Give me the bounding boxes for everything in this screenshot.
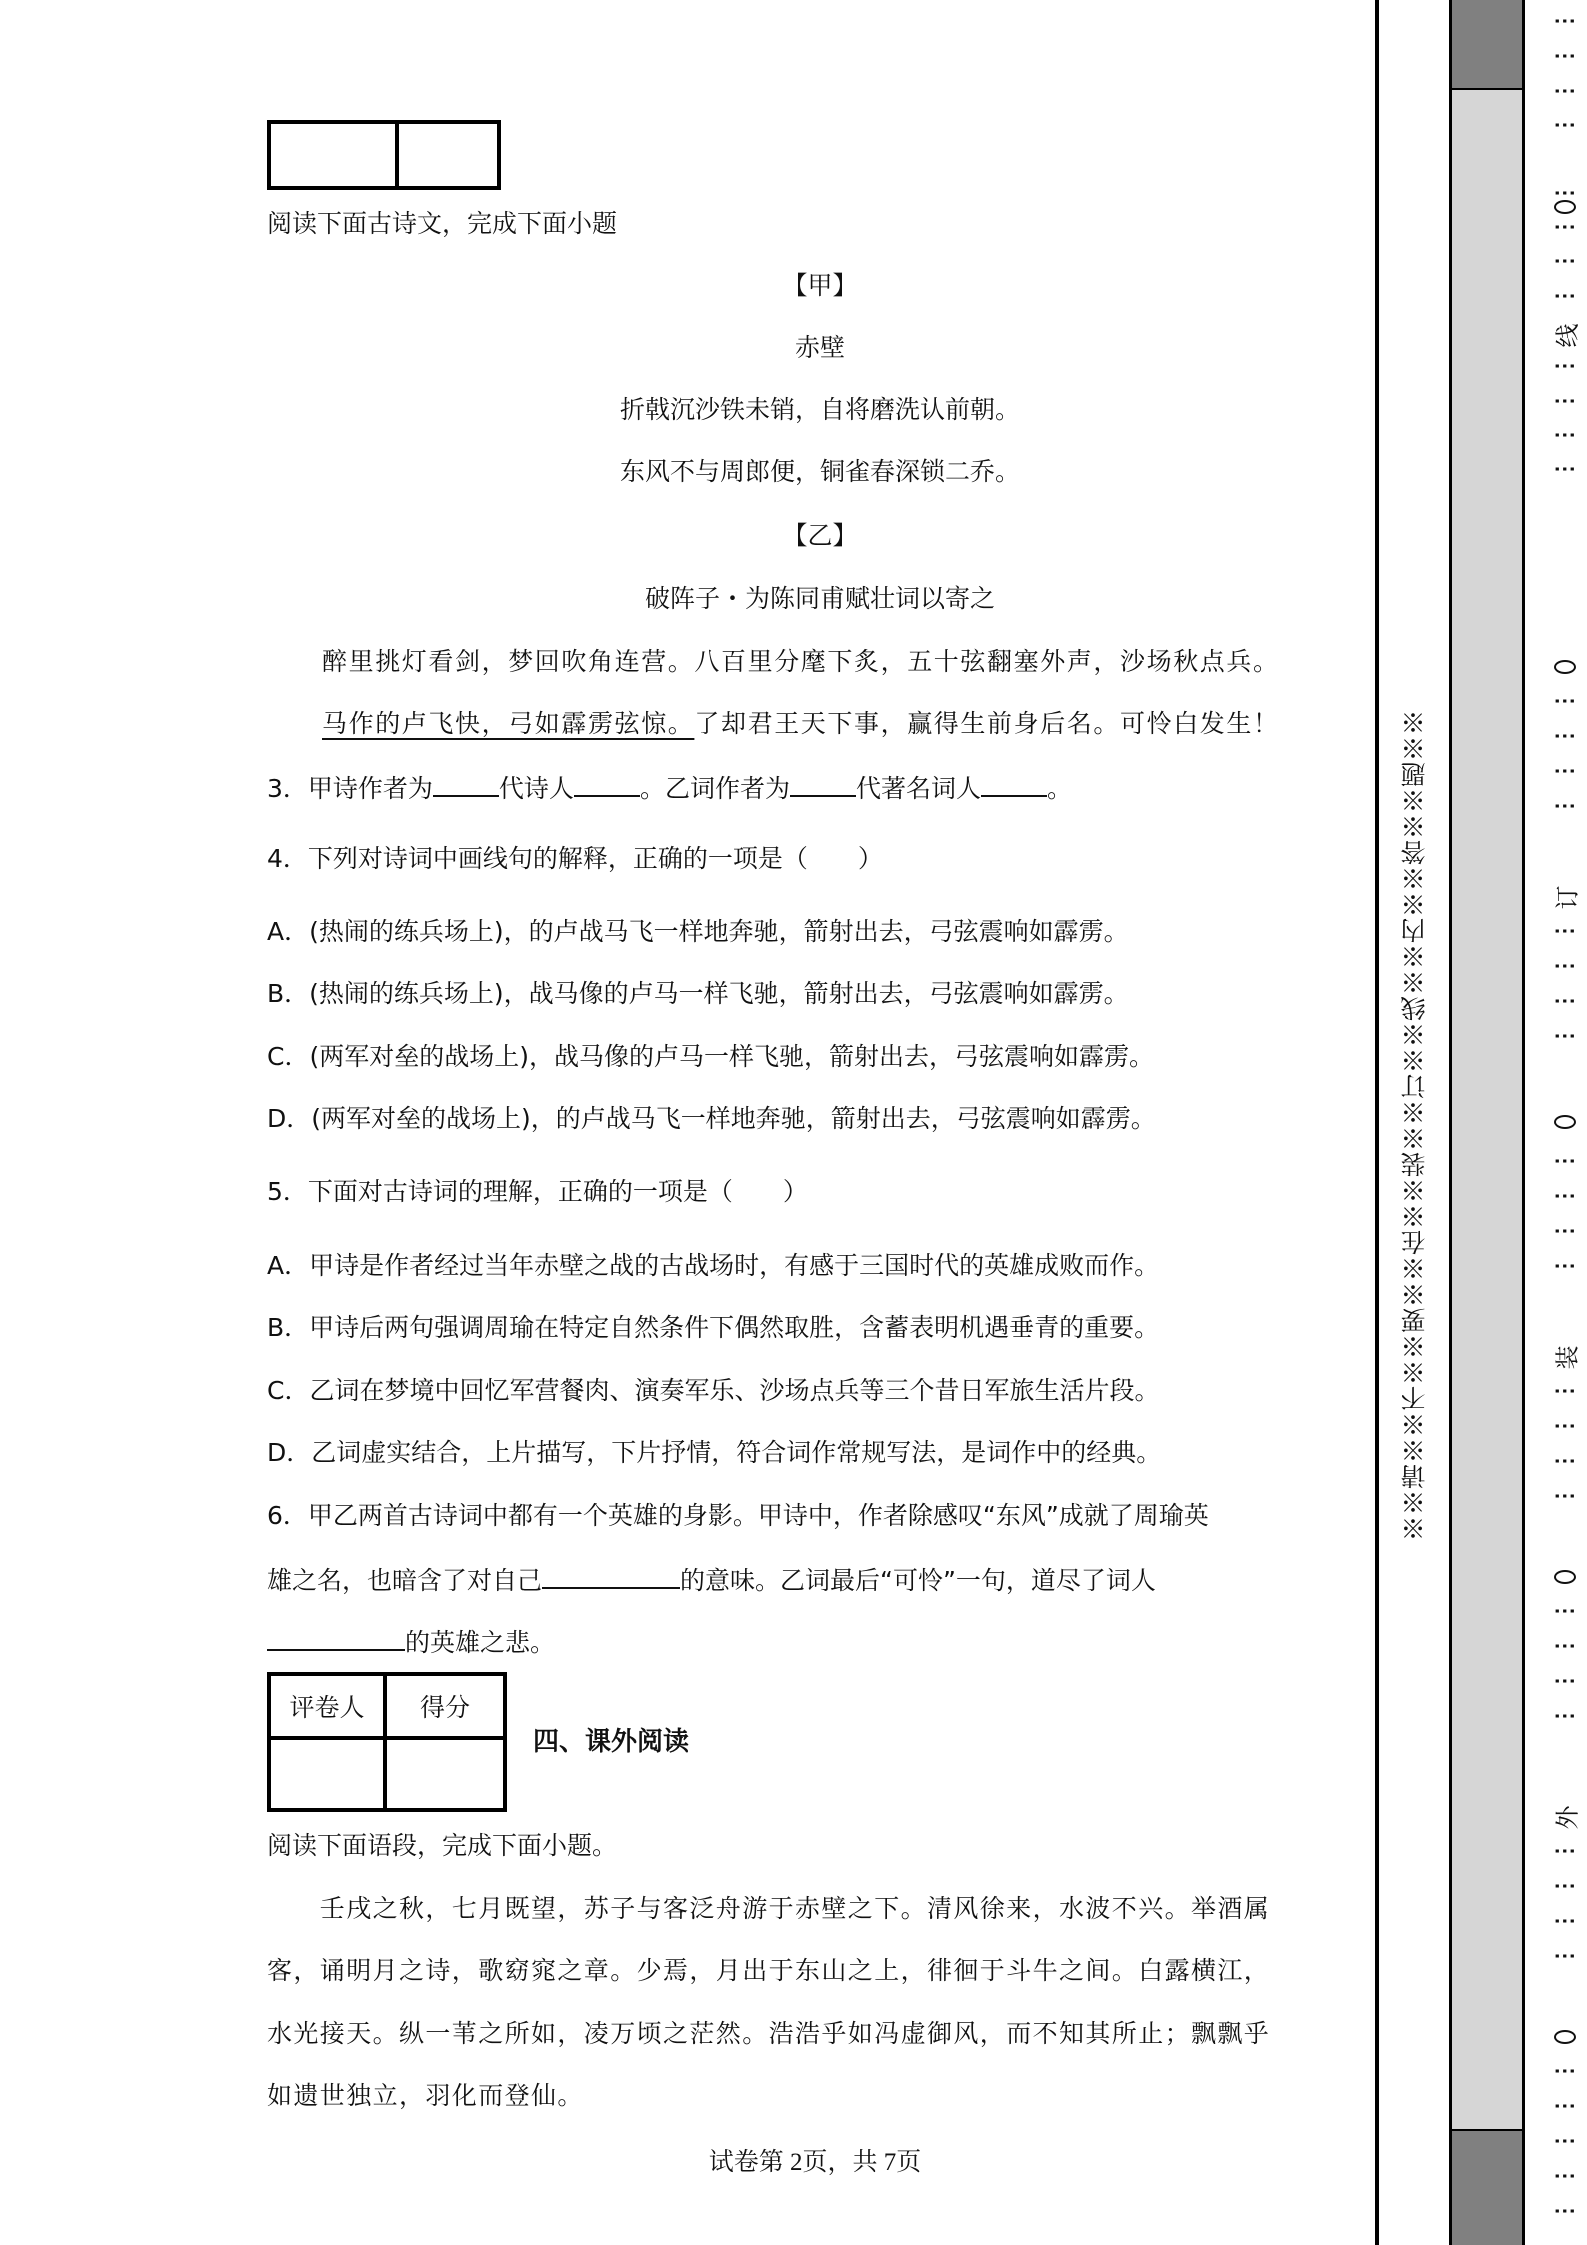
question-5-option-d[interactable]: D．乙词虚实结合，上片描写，下片抒情，符合词作常规写法，是词作中的经典。 (267, 1437, 1161, 1469)
poem-jia-tag-text: 【甲】 (782, 270, 857, 302)
underlined-sentence: 马作的卢飞快，弓如霹雳弦惊。 (322, 709, 694, 738)
grader-label: 评卷人 (271, 1676, 387, 1740)
binding-line: ⋮ ⋮ ⋮ ⋮ ⋮ ⋮ ⋮ ⋮ 线 ⋮ ⋮ ⋮ ⋮ ⋮ ⋮ ⋮ ⋮ 订 ⋮ ⋮ … (1550, 0, 1587, 2245)
ring-icon (1554, 1570, 1576, 1584)
passage-line: 如遗世独立，羽化而登仙。 (267, 2080, 584, 2112)
margin-border-line (1375, 0, 1379, 2245)
poem-jia-tag: 【甲】 (0, 270, 1370, 302)
ring-icon (1554, 1115, 1576, 1129)
score-cell[interactable] (387, 1740, 503, 1808)
dots: ⋮ (1550, 10, 1580, 35)
poem-jia-line: 折戟沉沙铁未销，自将磨洗认前朝。 (0, 394, 1370, 426)
mark-wai: 外 (1548, 1803, 1583, 1833)
score-box (267, 120, 501, 190)
score-table: 评卷人 得分 (267, 1672, 507, 1812)
q3-blank-2[interactable] (574, 771, 640, 797)
dots: ⋮ (1550, 216, 1580, 241)
seal-strip (1449, 0, 1525, 2245)
dots: ⋮ (1550, 1185, 1580, 1210)
mark-xian: 线 (1548, 321, 1583, 351)
dots: ⋮ (1550, 80, 1580, 105)
dots: ⋮ (1550, 2165, 1580, 2190)
question-4-option-a[interactable]: A．(热闹的练兵场上)，的卢战马飞一样地奔驰，箭射出去，弓弦震响如霹雳。 (267, 916, 1129, 948)
ring-icon (1554, 660, 1576, 674)
dots: ⋮ (1550, 390, 1580, 415)
dots: ⋮ (1550, 355, 1580, 380)
dots: ⋮ (1550, 250, 1580, 275)
dots: ⋮ (1550, 1150, 1580, 1175)
grader-cell[interactable] (271, 1740, 387, 1808)
poem-jia-title-text: 赤壁 (795, 332, 845, 364)
question-4-option-d[interactable]: D．(两军对垒的战场上)，的卢战马飞一样地奔驰，箭射出去，弓弦震响如霹雳。 (267, 1103, 1156, 1135)
dots: ⋮ (1550, 1910, 1580, 1935)
dots: ⋮ (1550, 1485, 1580, 1510)
mark-ding: 订 (1548, 883, 1583, 913)
dots: ⋮ (1550, 1635, 1580, 1660)
question-6-line-3: 的英雄之悲。 (267, 1625, 555, 1659)
seal-strip-dark-bottom (1452, 2129, 1522, 2245)
dots: ⋮ (1550, 1255, 1580, 1280)
dots: ⋮ (1550, 1875, 1580, 1900)
dots: ⋮ (1550, 990, 1580, 1015)
dots: ⋮ (1550, 1220, 1580, 1245)
poem-yi-tag: 【乙】 (0, 520, 1370, 552)
dots: ⋮ (1550, 458, 1580, 483)
question-5-option-c[interactable]: C．乙词在梦境中回忆军营餐肉、演奏军乐、沙场点兵等三个昔日军旅生活片段。 (267, 1375, 1159, 1407)
passage-line: 壬戌之秋，七月既望，苏子与客泛舟游于赤壁之下。清风徐来，水波不兴。举酒属 (267, 1893, 1270, 1925)
passage-line: 客，诵明月之诗，歌窈窕之章。少焉，月出于东山之上，徘徊于斗牛之间。白露横江， (267, 1955, 1270, 1987)
mark-zhuang: 装 (1548, 1343, 1583, 1373)
score-box-cell-grader[interactable] (271, 124, 399, 186)
q3-text: 代诗人 (499, 774, 574, 803)
dots: ⋮ (1550, 1450, 1580, 1475)
dots: ⋮ (1550, 920, 1580, 945)
poem-jia-line: 东风不与周郎便，铜雀春深锁二乔。 (0, 456, 1370, 488)
ring-icon (1554, 2030, 1576, 2044)
question-5-stem: 5．下面对古诗词的理解，正确的一项是（ ） (267, 1176, 808, 1208)
question-3: 3．甲诗作者为代诗人。乙词作者为代著名词人。 (267, 771, 1072, 805)
poem-yi-title-text: 破阵子・为陈同甫赋壮词以寄之 (645, 583, 995, 615)
question-4-stem: 4．下列对诗词中画线句的解释，正确的一项是（ ） (267, 843, 883, 875)
dots: ⋮ (1550, 2200, 1580, 2225)
dots: ⋮ (1550, 424, 1580, 449)
dots: ⋮ (1550, 1670, 1580, 1695)
question-5-option-b[interactable]: B．甲诗后两句强调周瑜在特定自然条件下偶然取胜，含蓄表明机遇垂青的重要。 (267, 1312, 1159, 1344)
question-4-option-b[interactable]: B．(热闹的练兵场上)，战马像的卢马一样飞驰，箭射出去，弓弦震响如霹雳。 (267, 978, 1129, 1010)
dots: ⋮ (1550, 114, 1580, 139)
poem-jia-title: 赤壁 (0, 332, 1370, 364)
question-5-option-a[interactable]: A．甲诗是作者经过当年赤壁之战的古战场时，有感于三国时代的英雄成败而作。 (267, 1250, 1159, 1282)
poem-yi-line-1: 醉里挑灯看剑，梦回吹角连营。八百里分麾下炙，五十弦翻塞外声，沙场秋点兵。 (322, 646, 1280, 678)
dots: ⋮ (1550, 690, 1580, 715)
dots: ⋮ (1550, 1705, 1580, 1730)
dots: ⋮ (1550, 1945, 1580, 1970)
poem-yi-tag-text: 【乙】 (782, 520, 857, 552)
reading-instruction: 阅读下面古诗文，完成下面小题 (267, 208, 617, 240)
q6-text: 的意味。乙词最后“可怜”一句，道尽了词人 (680, 1566, 1156, 1595)
dots: ⋮ (1550, 182, 1580, 207)
binding-margin: ※※请※※不※※要※※在※※装※※订※※线※※内※※答※※题※※ ⋮ ⋮ ⋮ ⋮… (1375, 0, 1587, 2245)
section-4-title: 四、课外阅读 (533, 1726, 689, 1758)
dots: ⋮ (1550, 2095, 1580, 2120)
passage-line: 水光接天。纵一苇之所如，凌万顷之茫然。浩浩乎如冯虚御风，而不知其所止；飘飘乎 (267, 2018, 1270, 2050)
q3-blank-1[interactable] (433, 771, 499, 797)
poem-yi-line-2-rest: 了却君王天下事，赢得生前身后名。可怜白发生！ (694, 709, 1279, 738)
dots: ⋮ (1550, 45, 1580, 70)
dots: ⋮ (1550, 2130, 1580, 2155)
dots: ⋮ (1550, 955, 1580, 980)
dots: ⋮ (1550, 760, 1580, 785)
dots: ⋮ (1550, 1600, 1580, 1625)
dots: ⋮ (1550, 1380, 1580, 1405)
q3-text: 3．甲诗作者为 (267, 774, 433, 803)
exam-page: 阅读下面古诗文，完成下面小题 【甲】 赤壁 折戟沉沙铁未销，自将磨洗认前朝。 东… (0, 0, 1370, 2245)
q6-blank-2[interactable] (267, 1625, 405, 1651)
section-4-instruction: 阅读下面语段，完成下面小题。 (267, 1830, 617, 1862)
dots: ⋮ (1550, 1025, 1580, 1050)
q3-blank-3[interactable] (790, 771, 856, 797)
poem-jia-line-1: 折戟沉沙铁未销，自将磨洗认前朝。 (620, 394, 1020, 426)
q3-text: 。乙词作者为 (640, 774, 790, 803)
question-6-line-1: 6．甲乙两首古诗词中都有一个英雄的身影。甲诗中，作者除感叹“东风”成就了周瑜英 (267, 1500, 1209, 1532)
q3-text: 代著名词人 (856, 774, 981, 803)
q6-text: 雄之名，也暗含了对自己 (267, 1566, 542, 1595)
q6-blank-1[interactable] (542, 1563, 680, 1589)
page-footer: 试卷第 2页，共 7页 (0, 2142, 1370, 2178)
seal-warning-text: ※※请※※不※※要※※在※※装※※订※※线※※内※※答※※题※※ (1395, 675, 1435, 1575)
q3-text: 。 (1047, 774, 1072, 803)
score-box-cell-score[interactable] (399, 124, 497, 186)
seal-strip-dark-top (1452, 0, 1522, 90)
q3-blank-4[interactable] (981, 771, 1047, 797)
dots: ⋮ (1550, 1415, 1580, 1440)
score-label: 得分 (387, 1676, 503, 1740)
dots: ⋮ (1550, 2060, 1580, 2085)
poem-yi-line-2: 马作的卢飞快，弓如霹雳弦惊。了却君王天下事，赢得生前身后名。可怜白发生！ (322, 708, 1280, 740)
dots: ⋮ (1550, 1840, 1580, 1865)
poem-jia-line-2: 东风不与周郎便，铜雀春深锁二乔。 (620, 456, 1020, 488)
poem-yi-title: 破阵子・为陈同甫赋壮词以寄之 (0, 583, 1370, 615)
dots: ⋮ (1550, 285, 1580, 310)
dots: ⋮ (1550, 725, 1580, 750)
q6-text: 的英雄之悲。 (405, 1628, 555, 1657)
question-4-option-c[interactable]: C．(两军对垒的战场上)，战马像的卢马一样飞驰，箭射出去，弓弦震响如霹雳。 (267, 1041, 1154, 1073)
dots: ⋮ (1550, 795, 1580, 820)
question-6-line-2: 雄之名，也暗含了对自己的意味。乙词最后“可怜”一句，道尽了词人 (267, 1563, 1156, 1597)
